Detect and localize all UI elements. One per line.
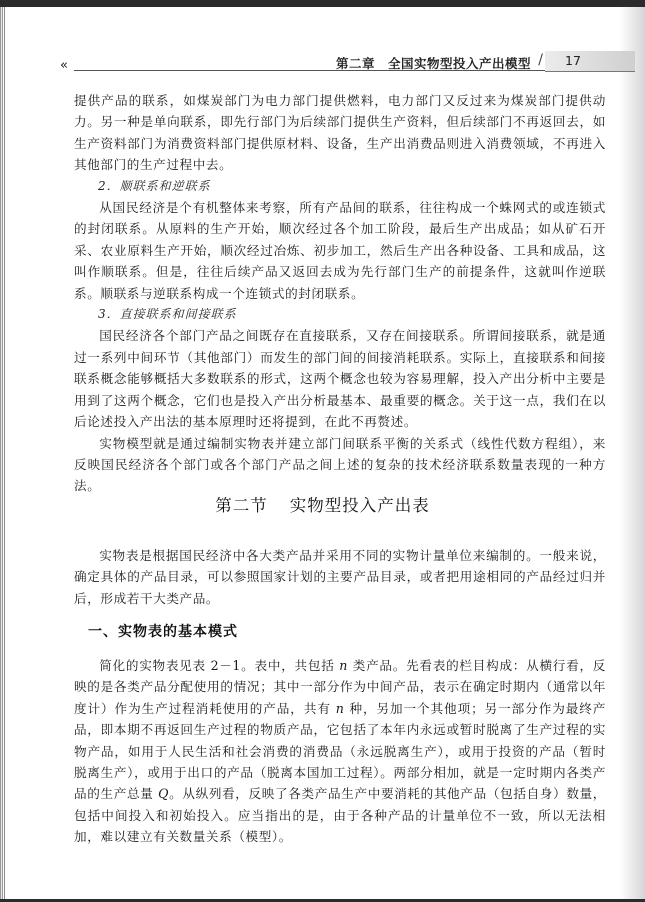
subheading-3: 3．直接联系和间接联系 [74,304,606,325]
paragraph-forward-backward-links: 从国民经济是个有机整体来考察，所有产品间的联系，往往构成一个蛛网式的或连锁式的封… [74,197,606,304]
section-number: 第二节 [215,496,268,515]
subsection-title: 一、实物表的基本模式 [88,621,238,641]
paragraph-basic-mode: 简化的实物表见表 2－1。表中，共包括 n 类产品。先看表的栏目构成：从横行看，… [74,655,606,848]
section-title: 第二节实物型投入产出表 [0,492,645,516]
viewer-top-bar [0,0,645,7]
section-2-body: 简化的实物表见表 2－1。表中，共包括 n 类产品。先看表的栏目构成：从横行看，… [74,655,606,848]
header-divider-slash: / [538,52,543,68]
double-chevron-left-icon: « [60,59,65,73]
page-left-edge [0,7,6,899]
page-number: 17 [565,53,581,68]
page-number-tab: 17 [545,51,635,72]
paragraph-physical-model: 实物模型就是通过编制实物表并建立部门间联系平衡的关系式（线性代数方程组），来反映… [74,433,606,497]
variable-n: n [336,701,345,716]
subheading-2: 2．顺联系和逆联系 [74,176,606,197]
chapter-title: 第二章 全国实物型投入产出模型 [336,54,531,72]
paragraph-intro: 实物表是根据国民经济中各大类产品并采用不同的实物计量单位来编制的。一般来说，确定… [74,545,606,609]
variable-q: Q [158,786,169,801]
running-header: « 第二章 全国实物型投入产出模型 / 17 [60,52,615,74]
section-1-body: 提供产品的联系，如煤炭部门为电力部门提供燃料，电力部门又反过来为煤炭部门提供动力… [74,90,606,497]
section-2-intro: 实物表是根据国民经济中各大类产品并采用不同的实物计量单位来编制的。一般来说，确定… [74,545,606,609]
paragraph-direct-indirect-links: 国民经济各个部门产品之间既存在直接联系，又存在间接联系。所谓间接联系，就是通过一… [74,325,606,432]
page-right-shadow [619,7,645,899]
paragraph-continuation: 提供产品的联系，如煤炭部门为电力部门提供燃料，电力部门又反过来为煤炭部门提供动力… [74,90,606,176]
section-name: 实物型投入产出表 [290,496,430,515]
variable-n: n [339,658,348,673]
